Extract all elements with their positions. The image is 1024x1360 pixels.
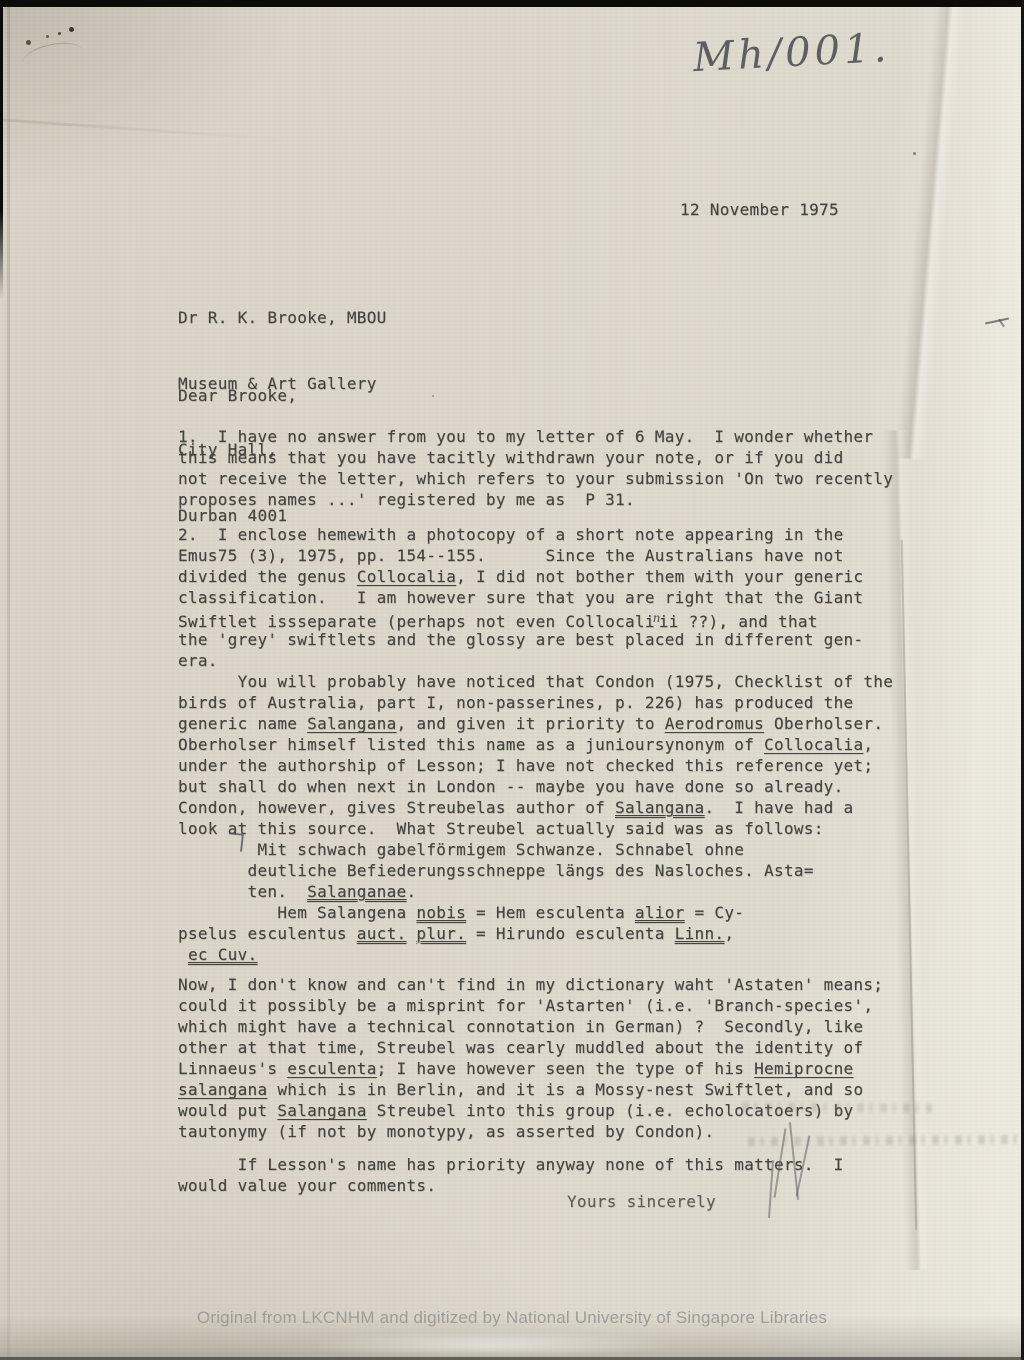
text-segment: Oberholser himself listed this name as a… (178, 735, 764, 754)
text-segment: You will probably have noticed that Cond… (178, 672, 893, 691)
text-segment: ten. (178, 882, 307, 901)
text-segment: generic name (178, 714, 307, 733)
digitization-credit: Original from LKCNHM and digitized by Na… (0, 1308, 1024, 1328)
fold-crease-left (7, 0, 10, 1360)
text-segment: 1. I have no answer from you to my lette… (178, 427, 873, 446)
text-segment: divided the genus (178, 567, 357, 586)
letter-line: Hem Salangena nobis = Hem esculenta alio… (178, 902, 978, 923)
letter-line: look at this source. What Streubel actua… (178, 818, 978, 839)
letter-line: 2. I enclose hemewith a photocopy of a s… (178, 524, 978, 545)
paper-speck (913, 152, 916, 155)
scan-edge-top (0, 0, 1024, 7)
letter-line: deutliche Befiederungsschneppe längs des… (178, 860, 978, 881)
underlined-term: Salangana (277, 1101, 366, 1120)
text-segment: which might have a technical connotation… (178, 1017, 863, 1036)
letter-line: the 'grey' swiftlets and the glossy are … (178, 629, 978, 650)
underlined-term: alior (635, 903, 685, 922)
text-segment: Hem Salangena (178, 903, 416, 922)
paper-speck (432, 395, 434, 397)
text-segment: , (863, 735, 873, 754)
address-line: Dr R. K. Brooke, MBOU (178, 307, 387, 329)
letter-line: pselus esculentus auct. plur. = Hirundo … (178, 923, 978, 944)
staple-hole (58, 32, 61, 35)
underlined-term: Salangana (615, 798, 704, 817)
letter-line: generic name Salangana, and given it pri… (178, 713, 978, 734)
letter-line: classification. I am however sure that y… (178, 587, 978, 608)
text-segment: the 'grey' swiftlets and the glossy are … (178, 630, 863, 649)
text-segment: 2. I enclose hemewith a photocopy of a s… (178, 525, 844, 544)
text-segment: era. (178, 651, 218, 670)
text-segment: deutliche Befiederungsschneppe längs des… (178, 861, 814, 880)
bottom-highlight (300, 1332, 680, 1358)
letter-line: Condon, however, gives Streubelas author… (178, 797, 978, 818)
ink-bleed-smudge (742, 1102, 932, 1113)
text-segment: not receive the letter, which refers to … (178, 469, 893, 488)
handwritten-reference-code: Mh/001. (692, 25, 891, 81)
closing-yours-sincerely: Yours sincerely (567, 1192, 716, 1211)
text-segment: classification. I am however sure that y… (178, 588, 863, 607)
salutation: Dear Brooke, (178, 386, 297, 405)
underlined-term: Linn. (675, 924, 725, 943)
text-segment: Linnaeus's (178, 1059, 287, 1078)
text-segment: this means that you have tacitly withdra… (178, 448, 844, 467)
text-segment: would value your comments. (178, 1176, 436, 1195)
underlined-term: Salanganae (307, 882, 406, 901)
scan-edge-left (0, 0, 3, 300)
text-segment: would put (178, 1101, 277, 1120)
letter-line: Oberholser himself listed this name as a… (178, 734, 978, 755)
text-segment: Mit schwach gabelförmigem Schwanze. Schn… (178, 840, 744, 859)
letter-date: 12 November 1975 (680, 200, 839, 219)
letter-paragraph: 1. I have no answer from you to my lette… (178, 426, 978, 510)
underlined-term: salangana (178, 1080, 267, 1099)
letter-paragraph: Now, I don't know and can't find in my d… (178, 974, 978, 1142)
text-segment: = Hem esculenta (466, 903, 635, 922)
text-segment: . I have had a (704, 798, 853, 817)
underlined-term: Collocalia (357, 567, 456, 586)
letter-line: birds of Australia, part I, non-passerin… (178, 692, 978, 713)
letter-line: Now, I don't know and can't find in my d… (178, 974, 978, 995)
letter-line: You will probably have noticed that Cond… (178, 671, 978, 692)
letter-line: could it possibly be a misprint for 'Ast… (178, 995, 978, 1016)
underlined-term: Collocalia (764, 735, 863, 754)
text-segment: Oberholser. (764, 714, 883, 733)
letter-line: If Lesson's name has priority anyway non… (178, 1154, 978, 1175)
underlined-term: esculenta (287, 1059, 376, 1078)
underlined-term: nobis (416, 903, 466, 922)
text-segment: under the authorship of Lesson; I have n… (178, 756, 873, 775)
underlined-term: plur. (416, 924, 466, 943)
pencil-bracket-mark (227, 832, 244, 851)
text-segment: Emus75 (3), 1975, pp. 154--155. Since th… (178, 546, 844, 565)
letter-line: era. (178, 650, 978, 671)
letter-line: proposes names ...' registered by me as … (178, 489, 978, 510)
text-segment (406, 924, 416, 943)
text-segment: = Cy- (685, 903, 745, 922)
underlined-term: Hemiprocne (754, 1059, 853, 1078)
text-segment: but shall do when next in London -- mayb… (178, 777, 844, 796)
staple-hole (46, 35, 49, 38)
text-segment: other at that time, Streubel was cearly … (178, 1038, 863, 1057)
scanned-letter-page: Mh/001. 12 November 1975 Dr R. K. Brooke… (0, 0, 1024, 1360)
text-segment: , I did not bother them with your generi… (456, 567, 863, 586)
letter-paragraph: If Lesson's name has priority anyway non… (178, 1154, 978, 1196)
letter-line: this means that you have tacitly withdra… (178, 447, 978, 468)
letter-line: Linnaeus's esculenta; I have however see… (178, 1058, 978, 1079)
text-segment: = Hirundo esculenta (466, 924, 675, 943)
text-segment: Now, I don't know and can't find in my d… (178, 975, 883, 994)
text-segment: birds of Australia, part I, non-passerin… (178, 693, 853, 712)
text-segment: which is in Berlin, and it is a Mossy-ne… (267, 1080, 863, 1099)
letter-paragraph: You will probably have noticed that Cond… (178, 671, 978, 839)
letter-line: salangana which is in Berlin, and it is … (178, 1079, 978, 1100)
letter-line: under the authorship of Lesson; I have n… (178, 755, 978, 776)
letter-body: 1. I have no answer from you to my lette… (178, 426, 978, 1196)
letter-paragraph: 2. I enclose hemewith a photocopy of a s… (178, 524, 978, 671)
letter-line: which might have a technical connotation… (178, 1016, 978, 1037)
letter-line: Emus75 (3), 1975, pp. 154--155. Since th… (178, 545, 978, 566)
underlined-term: ec Cuv. (188, 945, 258, 964)
staple-hole (69, 27, 74, 32)
text-segment: Condon, however, gives Streubelas author… (178, 798, 615, 817)
letter-paragraph: Mit schwach gabelförmigem Schwanze. Schn… (178, 839, 978, 965)
letter-line: Swiftlet issseparate (perhaps not even C… (178, 608, 978, 629)
text-segment: look at this source. What Streubel actua… (178, 819, 824, 838)
letter-line: ten. Salanganae. (178, 881, 978, 902)
underlined-term: auct. (357, 924, 407, 943)
text-segment: , and given it priority to (397, 714, 665, 733)
underlined-term: Aerodromus (665, 714, 764, 733)
letter-line: but shall do when next in London -- mayb… (178, 776, 978, 797)
letter-line: 1. I have no answer from you to my lette… (178, 426, 978, 447)
staple-hole (26, 40, 31, 45)
letter-line: ec Cuv. (178, 944, 978, 965)
text-segment (178, 945, 188, 964)
letter-line: divided the genus Collocalia, I did not … (178, 566, 978, 587)
text-segment: . (406, 882, 416, 901)
letter-line: not receive the letter, which refers to … (178, 468, 978, 489)
text-segment: If Lesson's name has priority anyway non… (178, 1155, 844, 1174)
fold-crease-top-left (0, 118, 290, 142)
text-segment: , (724, 924, 734, 943)
underlined-term: Salangana (307, 714, 396, 733)
letter-line: other at that time, Streubel was cearly … (178, 1037, 978, 1058)
text-segment: pselus esculentus (178, 924, 357, 943)
text-segment: tautonymy (if not by monotypy, as assert… (178, 1122, 714, 1141)
text-segment: could it possibly be a misprint for 'Ast… (178, 996, 873, 1015)
text-segment: ; I have however seen the type of his (377, 1059, 754, 1078)
text-segment: proposes names ...' registered by me as … (178, 490, 635, 509)
letter-line: Mit schwach gabelförmigem Schwanze. Schn… (178, 839, 978, 860)
